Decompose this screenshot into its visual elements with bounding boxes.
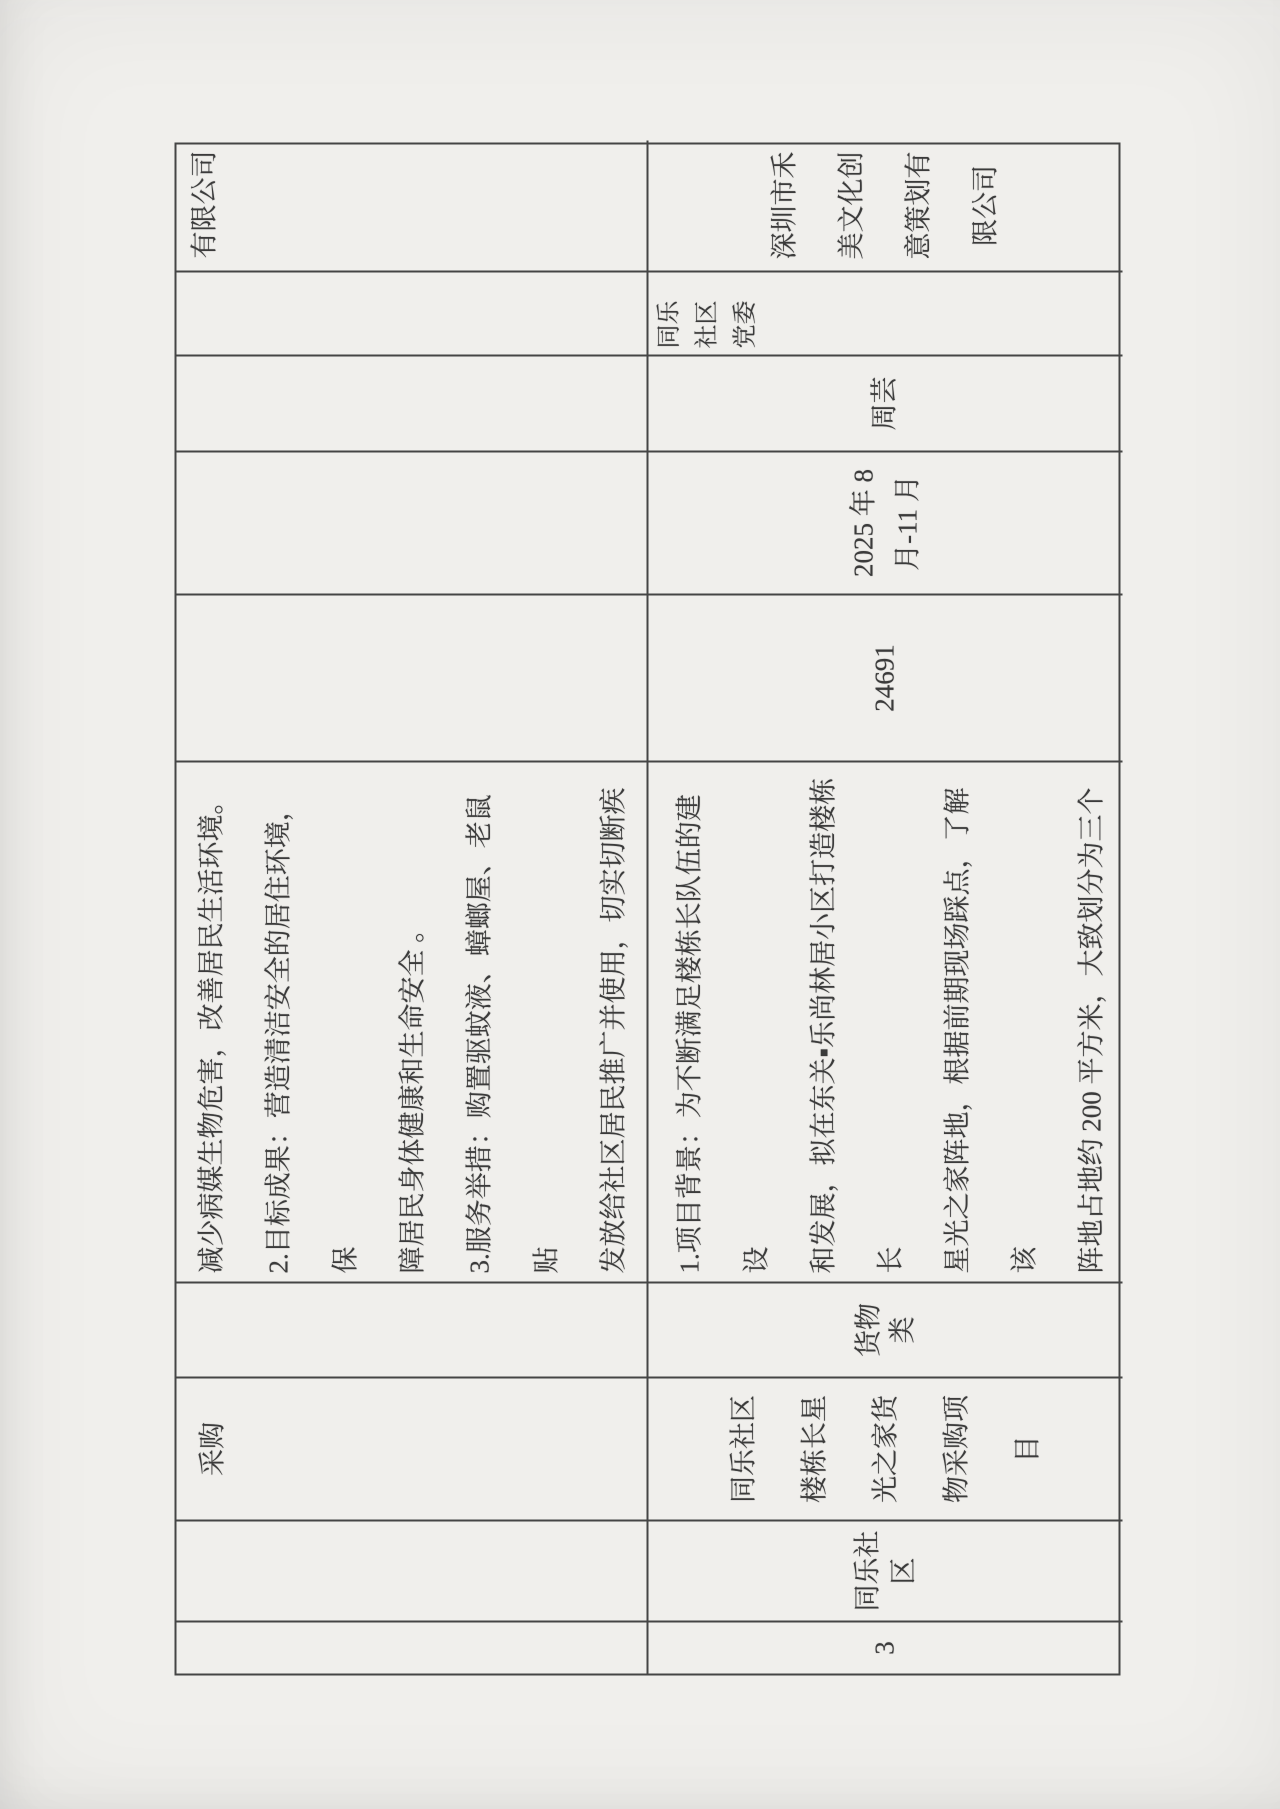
cell-continuation-period xyxy=(176,450,648,593)
cell-continuation-content: 减少病媒生物危害，改善居民生活环境。 2.目标成果：营造清洁安全的居住环境，保 … xyxy=(176,760,648,1281)
cell-3-community: 同乐社 区 xyxy=(648,1519,1122,1620)
cell-3-amount: 24691 xyxy=(648,593,1122,760)
cell-continuation-manager xyxy=(176,354,648,450)
cell-3-content: 1.项目背景：为不断满足楼栋长队伍的建设 和发展，拟在东关▪乐尚林居小区打造楼栋… xyxy=(648,760,1122,1281)
cell-3-supplier: 深圳市禾 美文化创 意策划有 限公司 xyxy=(648,140,1122,270)
cell-3-manager: 周芸 xyxy=(648,354,1122,450)
cell-continuation-amount xyxy=(176,593,648,760)
cell-3-seq: 3 xyxy=(648,1620,1122,1673)
cell-3-period: 2025 年 8 月-11 月 xyxy=(648,450,1122,593)
table-row-continuation: 采购 减少病媒生物危害，改善居民生活环境。 2.目标成果：营造清洁安全的居住环境… xyxy=(176,144,648,1673)
cell-3-category: 货物 类 xyxy=(648,1281,1122,1376)
cell-3-org: 同乐 社区 党委 xyxy=(648,270,1122,354)
rotated-table-container: 采购 减少病媒生物危害，改善居民生活环境。 2.目标成果：营造清洁安全的居住环境… xyxy=(174,142,1120,1675)
cell-continuation-org xyxy=(176,270,648,354)
cell-continuation-seq xyxy=(176,1620,648,1673)
cell-continuation-project: 采购 xyxy=(176,1376,648,1519)
cell-continuation-category xyxy=(176,1281,648,1376)
table-row-3: 3 同乐社 区 同乐社区 楼栋长星 光之家货 物采购项 目 货物 类 1.项目背… xyxy=(648,144,1122,1673)
scanned-page: 采购 减少病媒生物危害，改善居民生活环境。 2.目标成果：营造清洁安全的居住环境… xyxy=(0,0,1280,1809)
procurement-table: 采购 减少病媒生物危害，改善居民生活环境。 2.目标成果：营造清洁安全的居住环境… xyxy=(174,142,1120,1675)
cell-continuation-community xyxy=(176,1519,648,1620)
cell-3-project: 同乐社区 楼栋长星 光之家货 物采购项 目 xyxy=(648,1376,1122,1519)
cell-continuation-supplier: 有限公司 xyxy=(176,140,648,270)
